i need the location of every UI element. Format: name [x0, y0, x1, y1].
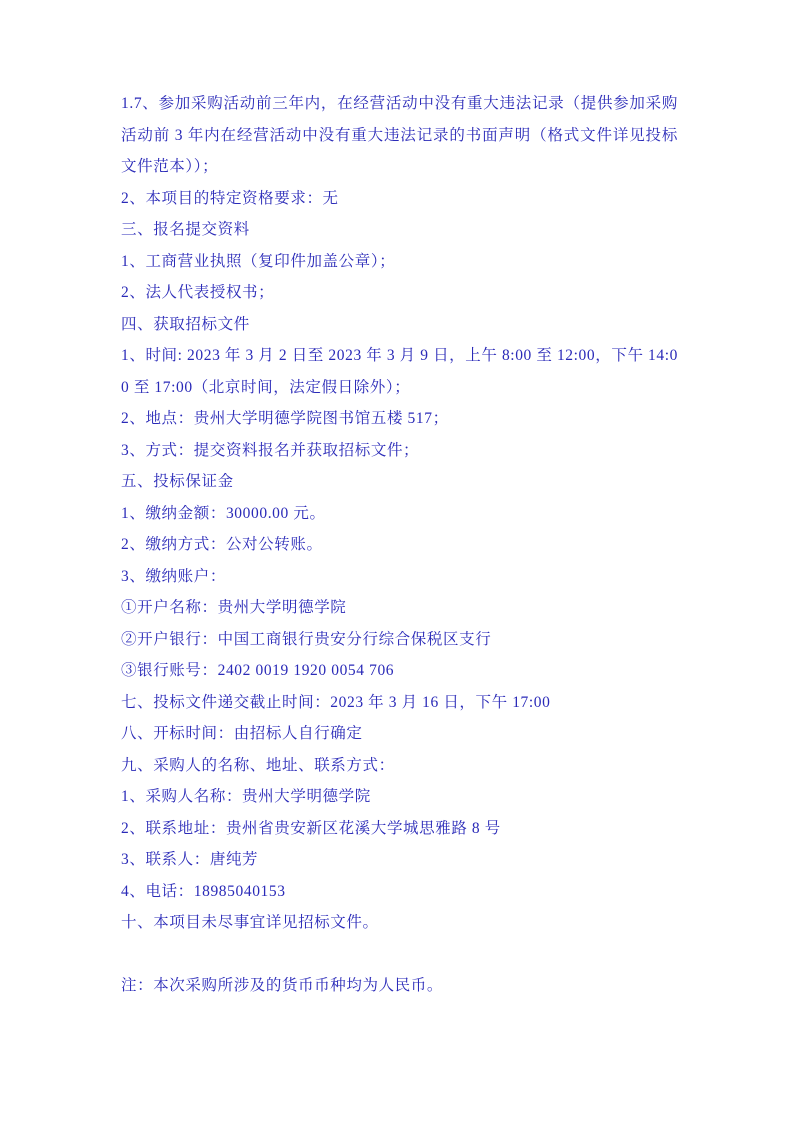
paragraph: 四、获取招标文件	[121, 309, 678, 341]
paragraph: 2、法人代表授权书；	[121, 277, 678, 309]
paragraph: 1、工商营业执照（复印件加盖公章）；	[121, 246, 678, 278]
paragraph: 七、投标文件递交截止时间：2023 年 3 月 16 日，下午 17:00	[121, 687, 678, 719]
paragraph: ③银行账号：2402 0019 1920 0054 706	[121, 655, 678, 687]
paragraph: 2、缴纳方式：公对公转账。	[121, 529, 678, 561]
paragraph: 三、报名提交资料	[121, 214, 678, 246]
paragraph: 1、时间: 2023 年 3 月 2 日至 2023 年 3 月 9 日，上午 …	[121, 340, 678, 403]
paragraph: ②开户银行：中国工商银行贵安分行综合保税区支行	[121, 624, 678, 656]
paragraph: 3、联系人：唐纯芳	[121, 844, 678, 876]
document-body: 1.7、参加采购活动前三年内，在经营活动中没有重大违法记录（提供参加采购活动前 …	[121, 88, 678, 1001]
paragraph: 2、地点：贵州大学明德学院图书馆五楼 517；	[121, 403, 678, 435]
paragraph: ①开户名称：贵州大学明德学院	[121, 592, 678, 624]
paragraph: 五、投标保证金	[121, 466, 678, 498]
paragraph: 2、本项目的特定资格要求：无	[121, 183, 678, 215]
paragraph: 3、缴纳账户：	[121, 561, 678, 593]
paragraph: 十、本项目未尽事宜详见招标文件。	[121, 907, 678, 939]
paragraph: 九、采购人的名称、地址、联系方式：	[121, 750, 678, 782]
paragraph: 八、开标时间：由招标人自行确定	[121, 718, 678, 750]
paragraph: 注：本次采购所涉及的货币币种均为人民币。	[121, 970, 678, 1002]
paragraph: 1.7、参加采购活动前三年内，在经营活动中没有重大违法记录（提供参加采购活动前 …	[121, 88, 678, 183]
paragraph: 2、联系地址：贵州省贵安新区花溪大学城思雅路 8 号	[121, 813, 678, 845]
paragraph: 4、电话：18985040153	[121, 876, 678, 908]
document-page: 1.7、参加采购活动前三年内，在经营活动中没有重大违法记录（提供参加采购活动前 …	[0, 0, 793, 1122]
blank-line	[121, 939, 678, 970]
paragraph: 1、采购人名称：贵州大学明德学院	[121, 781, 678, 813]
paragraph: 3、方式：提交资料报名并获取招标文件；	[121, 435, 678, 467]
paragraph: 1、缴纳金额：30000.00 元。	[121, 498, 678, 530]
